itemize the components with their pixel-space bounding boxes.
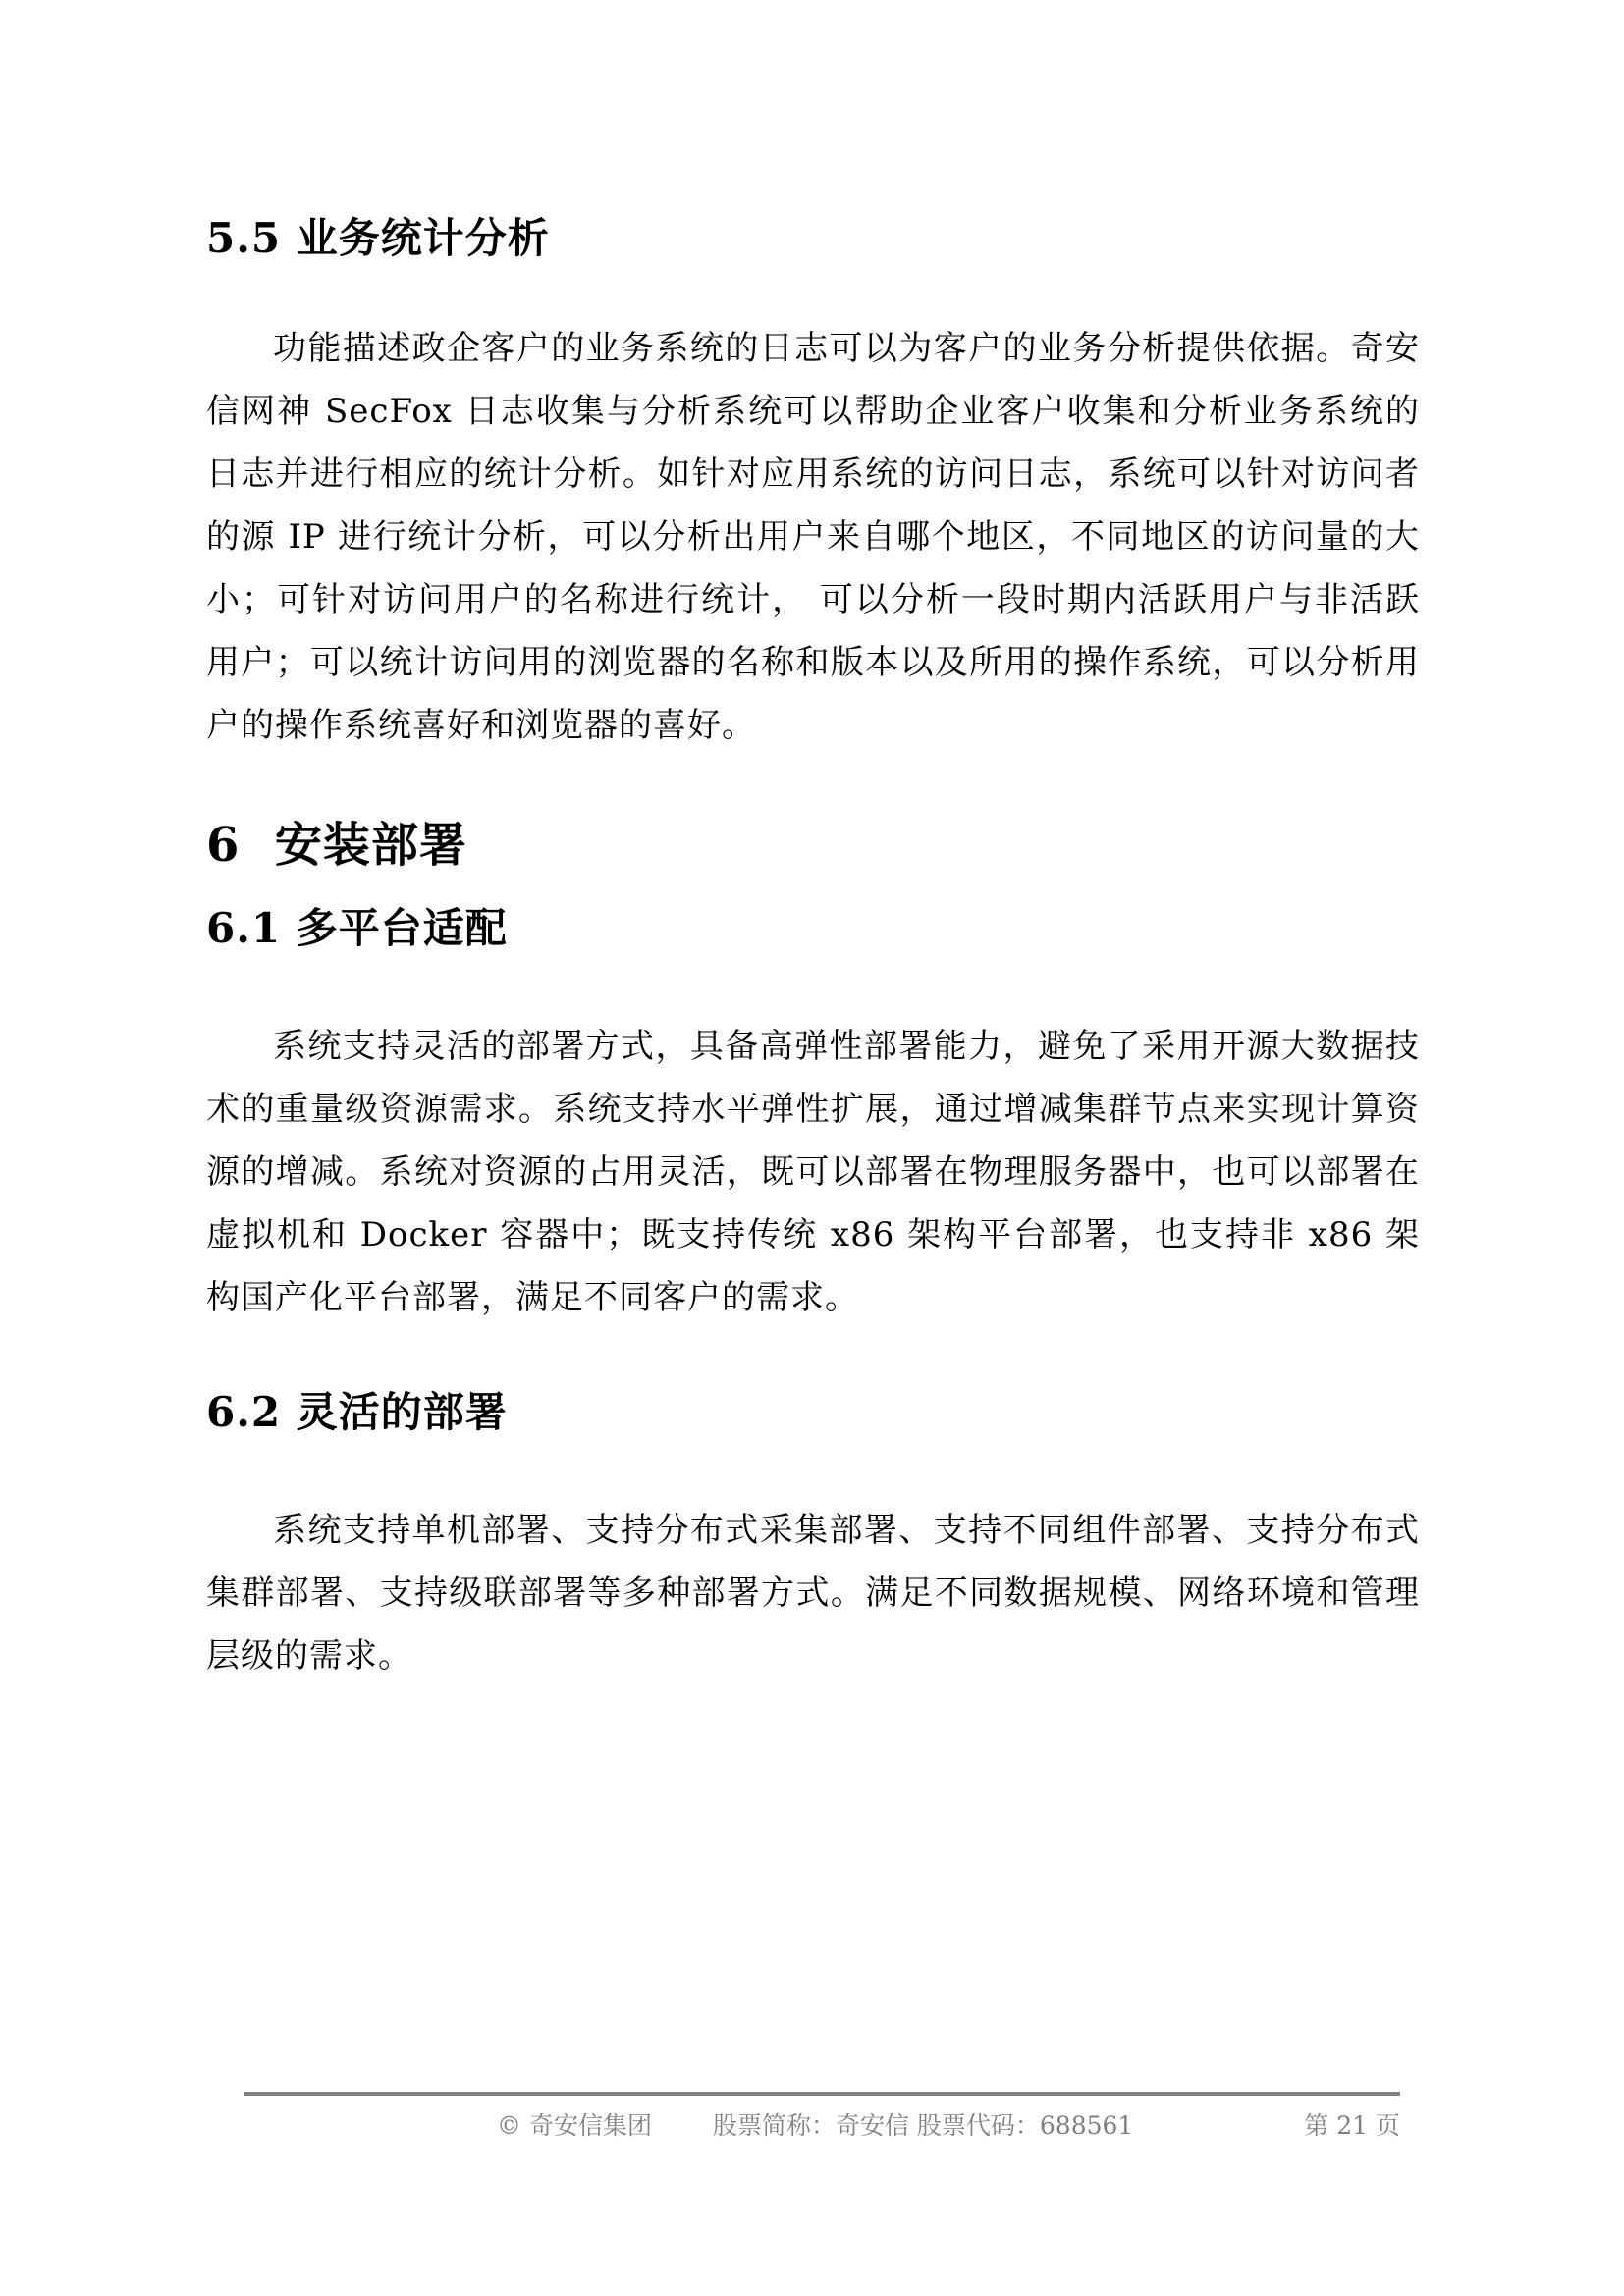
paragraph-flexible-deployment: 系统支持单机部署、支持分布式采集部署、支持不同组件部署、支持分布式集群部署、支持… — [206, 1499, 1420, 1687]
paragraph-multi-platform: 系统支持灵活的部署方式，具备高弹性部署能力，避免了采用开源大数据技术的重量级资源… — [206, 1015, 1420, 1329]
heading-5-5-business-statistics: 5.5 业务统计分析 — [206, 214, 1420, 263]
heading-6-installation-deployment: 6 安装部署 — [206, 818, 1420, 875]
page-footer: © 奇安信集团 股票简称：奇安信 股票代码：688561 第 21 页 — [244, 2107, 1400, 2142]
document-page: 5.5 业务统计分析 功能描述政企客户的业务系统的日志可以为客户的业务分析提供依… — [0, 0, 1624, 2296]
paragraph-business-statistics: 功能描述政企客户的业务系统的日志可以为客户的业务分析提供依据。奇安信网神 Sec… — [206, 317, 1420, 757]
heading-6-2-flexible-deployment: 6.2 灵活的部署 — [206, 1388, 1420, 1437]
footer-stock-info: 股票简称：奇安信 股票代码：688561 — [713, 2107, 1133, 2142]
heading-6-1-multi-platform: 6.1 多平台适配 — [206, 904, 1420, 953]
footer-page-number: 第 21 页 — [1304, 2107, 1400, 2142]
document-content: 5.5 业务统计分析 功能描述政企客户的业务系统的日志可以为客户的业务分析提供依… — [206, 0, 1420, 1687]
footer-divider — [244, 2092, 1400, 2096]
footer-copyright: © 奇安信集团 — [497, 2107, 652, 2142]
